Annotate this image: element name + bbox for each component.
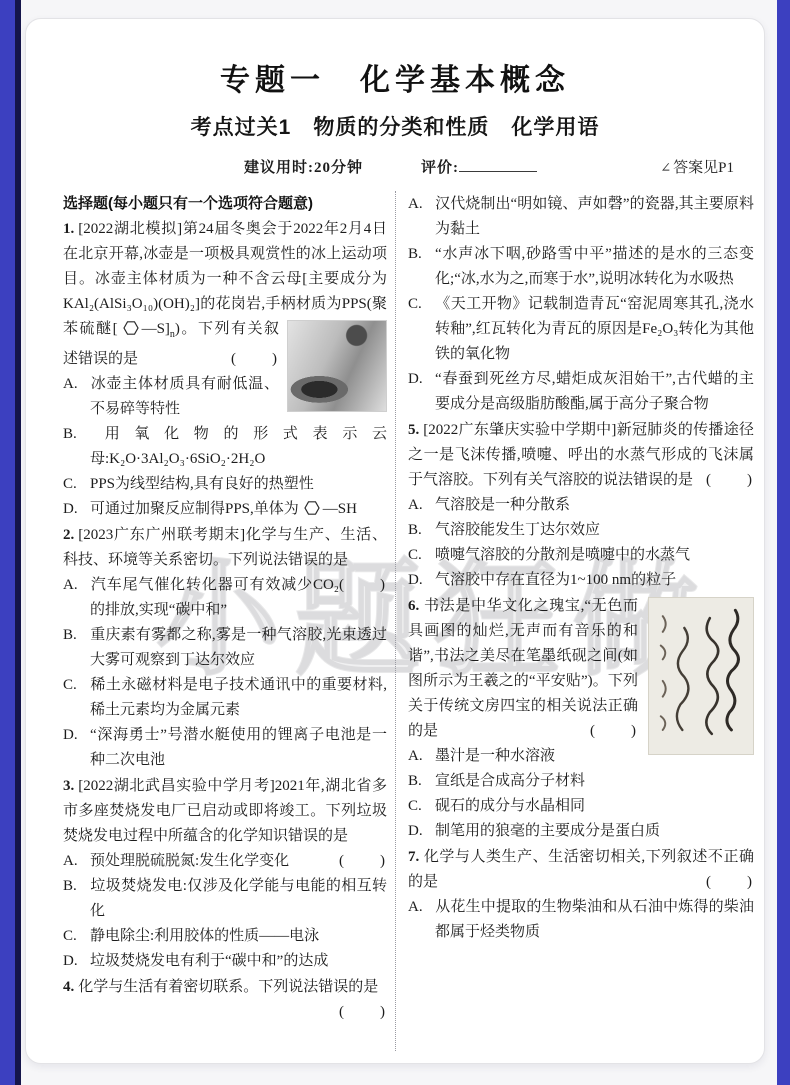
option-6B: B.宣纸是合成高分子材料 [408,769,754,794]
option-4C: C.《天工开物》记载制造青瓦“窑泥周寒其孔,浇水转釉”,红瓦转化为青瓦的原因是F… [408,292,754,367]
evaluation-blank [459,158,537,172]
evaluation-label: 评价: [421,156,537,177]
answer-bracket: ( ) [231,347,279,372]
option-1B: B.用氧化物的形式表示云母:K₂O·3Al₂O₃·6SiO₂·2H₂O [63,422,387,472]
page-title: 专题一 化学基本概念 [26,55,764,99]
question-5-stem: 5.[2022广东肇庆实验中学期中]新冠肺炎的传播途径之一是飞沫传播,喷嚏、呼出… [408,418,754,493]
page-subtitle: 考点过关1 物质的分类和性质 化学用语 [26,111,764,141]
question-1: 1.[2022湖北模拟]第24届冬奥会于2022年2月4日在北京开幕,冰壶是一项… [63,217,387,522]
calligraphy-strokes [649,598,753,754]
answer-reference: ∠答案见P1 [660,156,734,177]
benzene-ring-icon [118,319,142,337]
option-6D: D.制笔用的狼毫的主要成分是蛋白质 [408,819,754,844]
question-6-stem: 6.书法是中华文化之瑰宝,“无色而具画图的灿烂,无声而有音乐的和谐”,书法之美尽… [408,594,754,744]
option-4D: D.“春蚕到死丝方尽,蜡炬成灰泪始干”,古代蜡的主要成分是高级脂肪酸酯,属于高分… [408,367,754,417]
left-column: 选择题(每小题只有一个选项符合题意) 1.[2022湖北模拟]第24届冬奥会于2… [26,191,395,1051]
answer-bracket: ( ) [339,849,387,874]
question-7: 7.化学与人类生产、生活密切相关,下列叙述不正确的是 ( ) A.从花生中提取的… [408,845,754,945]
answer-bracket: ( ) [706,468,754,493]
option-2D: D.“深海勇士”号潜水艇使用的锂离子电池是一种二次电池 [63,723,387,773]
answer-bracket: ( ) [339,1000,387,1025]
question-5: 5.[2022广东肇庆实验中学期中]新冠肺炎的传播途径之一是飞沫传播,喷嚏、呼出… [408,418,754,593]
question-1-stem: 1.[2022湖北模拟]第24届冬奥会于2022年2月4日在北京开幕,冰壶是一项… [63,217,387,372]
page-edge-stripe-right [777,0,790,1085]
right-column: A.汉代烧制出“明如镜、声如磬”的瓷器,其主要原料为黏土 B.“水声冰下咽,砂路… [395,191,764,1051]
question-6: 6.书法是中华文化之瑰宝,“无色而具画图的灿烂,无声而有音乐的和谐”,书法之美尽… [408,594,754,844]
answer-flag-icon: ∠ [660,160,671,175]
option-4A: A.汉代烧制出“明如镜、声如磬”的瓷器,其主要原料为黏土 [408,192,754,242]
meta-row: 建议用时:20分钟 评价: ∠答案见P1 [26,156,764,177]
answer-bracket: ( ) [339,573,387,598]
page-edge-stripe-left [0,0,15,1085]
option-2C: C.稀土永磁材料是电子技术通讯中的重要材料,稀土元素均为金属元素 [63,673,387,723]
option-5C: C.喷嚏气溶胶的分散剂是喷嚏中的水蒸气 [408,543,754,568]
question-4: 4.化学与生活有着密切联系。下列说法错误的是 ( ) [63,975,387,1000]
option-2B: B.重庆素有雾都之称,雾是一种气溶胶,光束透过大雾可观察到丁达尔效应 [63,623,387,673]
option-5B: B.气溶胶能发生丁达尔效应 [408,518,754,543]
question-3: 3.[2022湖北武昌实验中学月考]2021年,湖北省多市多座焚烧发电厂已启动或… [63,774,387,974]
option-4B: B.“水声冰下咽,砂路雪中平”描述的是水的三态变化;“冰,水为之,而寒于水”,说… [408,242,754,292]
answer-bracket: ( ) [590,719,638,744]
question-7-stem: 7.化学与人类生产、生活密切相关,下列叙述不正确的是 ( ) [408,845,754,895]
answer-bracket: ( ) [706,870,754,895]
benzene-ring-icon [299,499,323,517]
question-2: 2.[2023广东广州联考期末]化学与生产、生活、科技、环境等关系密切。下列说法… [63,523,387,773]
wang-xizhi-calligraphy-photo [648,597,754,755]
suggested-time: 建议用时:20分钟 [244,156,363,177]
option-3B: B.垃圾焚烧发电:仅涉及化学能与电能的相互转化 [63,874,387,924]
monomer-structure-formula: —SH [299,501,357,517]
option-3D: D.垃圾焚烧发电有利于“碳中和”的达成 [63,949,387,974]
question-2-stem: 2.[2023广东广州联考期末]化学与生产、生活、科技、环境等关系密切。下列说法… [63,523,387,573]
option-5A: A.气溶胶是一种分散系 [408,493,754,518]
question-4-stem: 4.化学与生活有着密切联系。下列说法错误的是 ( ) [63,975,387,1000]
option-5D: D.气溶胶中存在直径为1~100 nm的粒子 [408,568,754,593]
curling-athlete-photo [287,320,387,412]
section-instructions: 选择题(每小题只有一个选项符合题意) [63,191,387,216]
workbook-page: 小题狂做 专题一 化学基本概念 考点过关1 物质的分类和性质 化学用语 建议用时… [25,18,765,1064]
option-3C: C.静电除尘:利用胶体的性质——电泳 [63,924,387,949]
option-1C: C.PPS为线型结构,具有良好的热塑性 [63,472,387,497]
option-1D: D.可通过加聚反应制得PPS,单体为—SH [63,497,387,522]
question-3-stem: 3.[2022湖北武昌实验中学月考]2021年,湖北省多市多座焚烧发电厂已启动或… [63,774,387,849]
option-2A: A.汽车尾气催化转化器可有效减少CO₂的排放,实现“碳中和” [63,573,387,623]
pps-structure-formula: [—S]n [113,321,175,337]
page-edge-stripe-left-dark [15,0,21,1085]
option-7A: A.从花生中提取的生物柴油和从石油中炼得的柴油都属于烃类物质 [408,895,754,945]
question-4-options: A.汉代烧制出“明如镜、声如磬”的瓷器,其主要原料为黏土 B.“水声冰下咽,砂路… [408,192,754,417]
option-6C: C.砚石的成分与水晶相同 [408,794,754,819]
